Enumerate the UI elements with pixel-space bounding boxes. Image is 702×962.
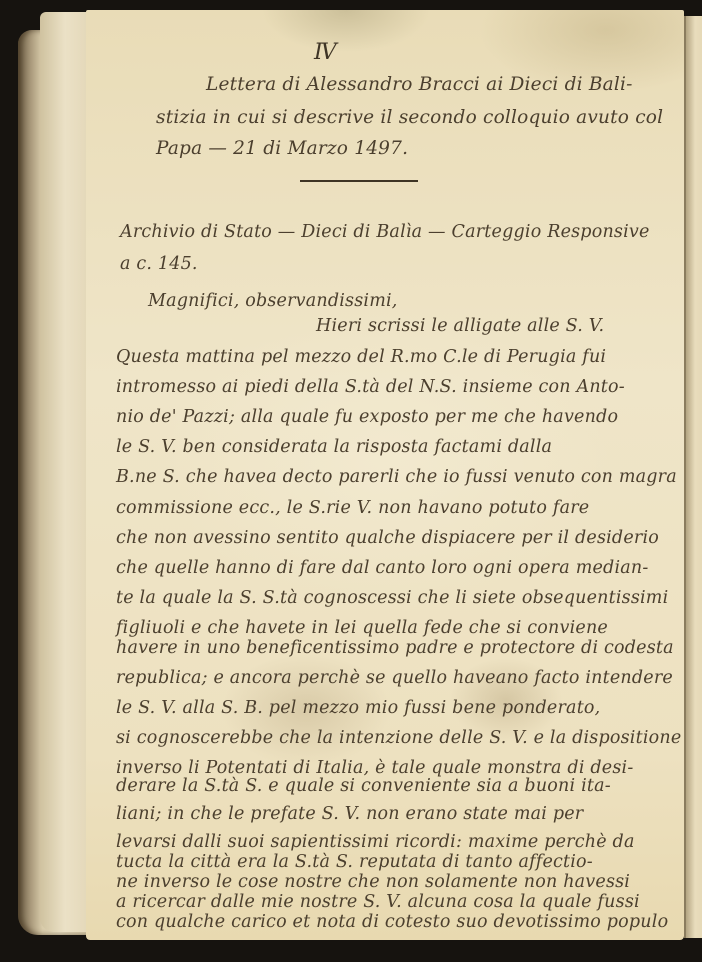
body-line: le S. V. alla S. B. pel mezzo mio fussi … [116,698,600,718]
body-line: havere in uno beneficentissimo padre e p… [116,638,674,658]
body-line: si cognoscerebbe che la intenzione delle… [116,728,681,748]
body-line-with-strikethrough: a ricercar dalle mie nostre S. V. alcuna… [116,892,640,912]
title-separator-rule [300,180,418,182]
facing-page-edge [684,16,702,938]
body-line: intromesso ai piedi della S.tà del N.S. … [116,377,625,397]
body-line: figliuoli e che havete in lei quella fed… [116,618,608,638]
body-line: B.ne S. che havea decto parerli che io f… [116,467,677,487]
folio-number: IV [314,40,335,65]
body-line: che quelle hanno di fare dal canto loro … [116,558,648,578]
body-line: nio de' Pazzi; alla quale fu exposto per… [116,407,618,427]
page-content: IV Lettera di Alessandro Bracci ai Dieci… [86,10,684,940]
salutation: Magnifici, observandissimi, [148,291,398,311]
body-line: republica; e ancora perchè se quello hav… [116,668,673,688]
title-line-1: Lettera di Alessandro Bracci ai Dieci di… [206,74,633,95]
body-line: tucta la città era la S.tà S. reputata d… [116,852,593,872]
title-line-2: stizia in cui si descrive il secondo col… [156,107,663,128]
body-line: commissione ecc., le S.rie V. non havano… [116,498,589,518]
body-line: Questa mattina pel mezzo del R.mo C.le d… [116,347,606,367]
body-line: con qualche carico et nota di cotesto su… [116,912,668,932]
body-line: Hieri scrissi le alligate alle S. V. [316,316,604,336]
source-line-2: a c. 145. [120,254,198,274]
body-line: liani; in che le prefate S. V. non erano… [116,804,583,824]
under-page [40,12,90,932]
body-line: le S. V. ben considerata la risposta fac… [116,437,552,457]
title-line-3: Papa — 21 di Marzo 1497. [156,138,408,159]
body-line: inverso li Potentati di Italia, è tale q… [116,758,633,778]
source-line-1: Archivio di Stato — Dieci di Balìa — Car… [120,222,650,242]
body-line: derare la S.tà S. e quale si conveniente… [116,776,611,796]
body-line: levarsi dalli suoi sapientissimi ricordi… [116,832,635,852]
body-line: te la quale la S. S.tà cognoscessi che l… [116,588,668,608]
manuscript-page: IV Lettera di Alessandro Bracci ai Dieci… [86,10,684,940]
body-line: ne inverso le cose nostre che non solame… [116,872,630,892]
body-line: che non avessino sentito qualche dispiac… [116,528,659,548]
